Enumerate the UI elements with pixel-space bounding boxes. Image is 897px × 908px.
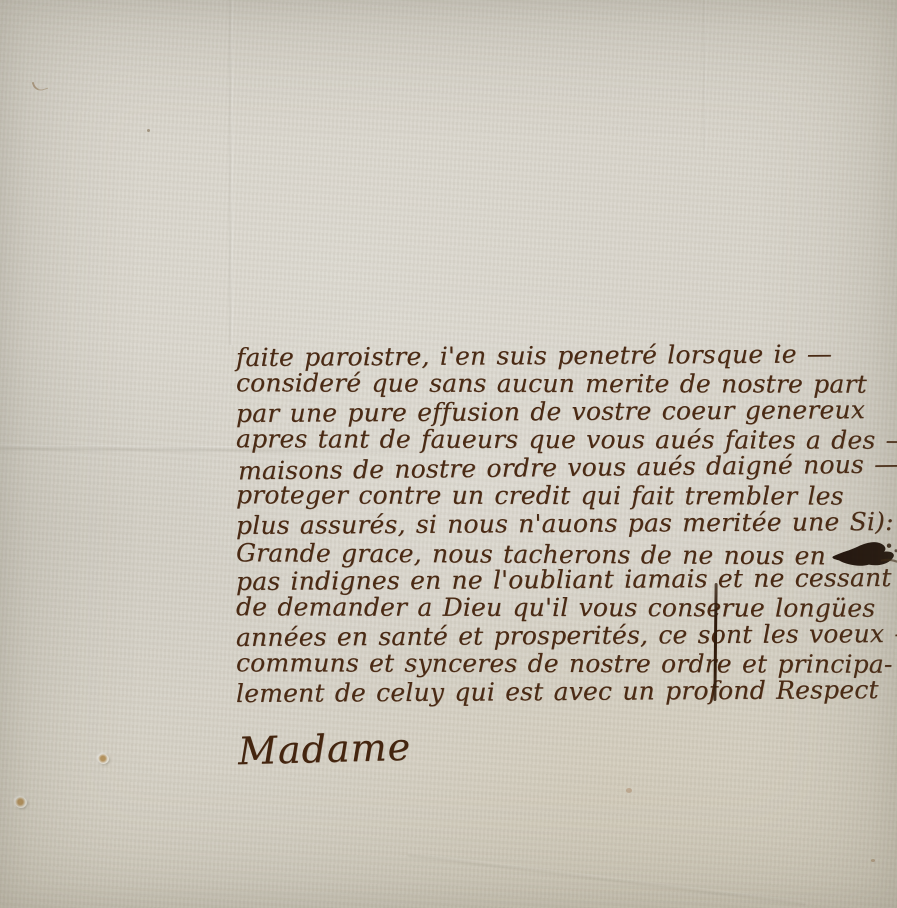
pinhole-mark <box>15 797 27 808</box>
manuscript-line: communs et synceres de nostre ordre et p… <box>236 649 896 678</box>
manuscript-line: consideré que sans aucun merite de nostr… <box>236 369 896 398</box>
salutation-madame: Madame <box>237 725 411 774</box>
paper-speck <box>147 129 150 132</box>
paper-speck <box>871 859 875 862</box>
diagonal-fold-crease <box>408 852 806 907</box>
manuscript-line: proteger contre un credit qui fait tremb… <box>236 481 896 510</box>
paper-stain-spot <box>626 788 632 793</box>
manuscript-line: années en santé et prosperités, ce sont … <box>236 620 896 652</box>
manuscript-line: plus assurés, si nous n'auons pas merité… <box>236 508 896 540</box>
manuscript-letter-photo: faite paroistre, i'en suis penetré lorsq… <box>0 0 897 908</box>
vertical-fold-crease-left <box>228 0 234 345</box>
paper-fiber-mark <box>32 78 49 93</box>
pinhole-mark <box>98 754 109 764</box>
manuscript-line: de demander a Dieu qu'il vous conserue l… <box>236 593 896 622</box>
manuscript-line: par une pure effusion de vostre coeur ge… <box>236 396 896 428</box>
manuscript-line: faite paroistre, i'en suis penetré lorsq… <box>236 340 896 372</box>
manuscript-line: lement de celuy qui est avec un profond … <box>236 676 896 708</box>
letter-body: faite paroistre, i'en suis penetré lorsq… <box>236 342 896 706</box>
vertical-fold-crease-right <box>702 0 707 150</box>
manuscript-line: pas indignes en ne l'oubliant iamais et … <box>236 564 896 596</box>
